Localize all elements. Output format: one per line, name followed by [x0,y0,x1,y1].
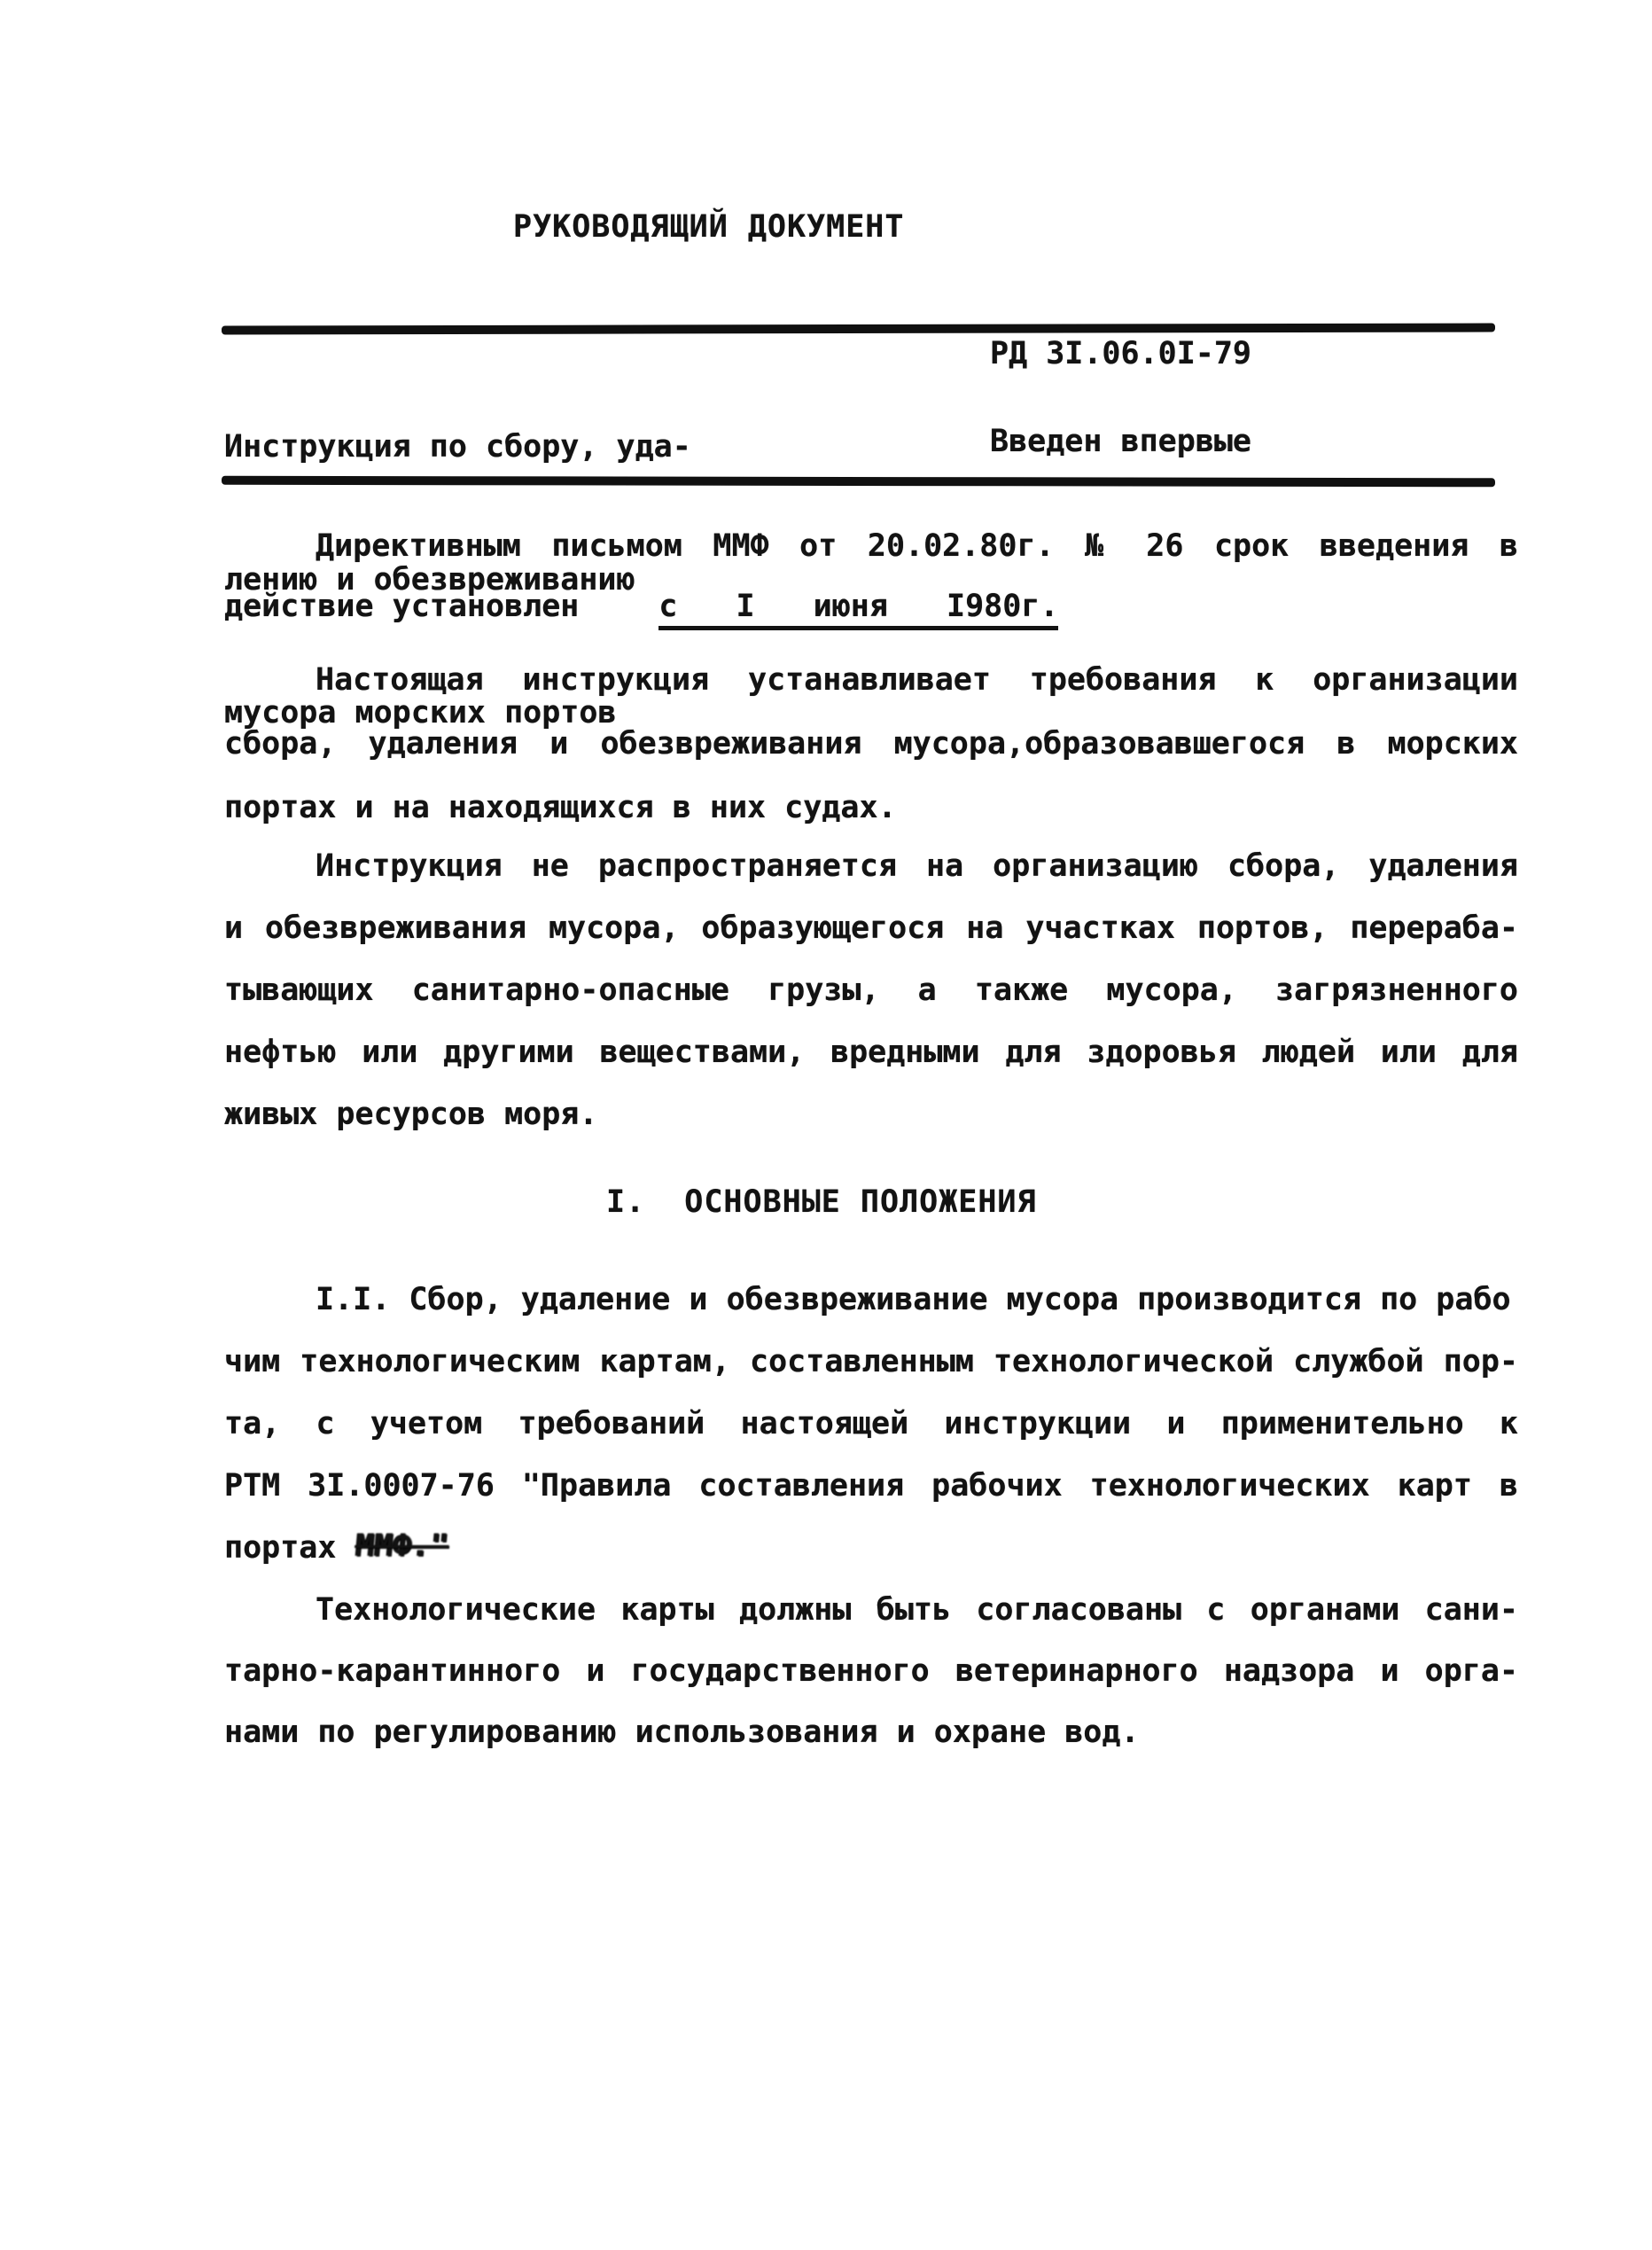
directive-paragraph: Директивным письмом ММФ от 20.02.80г. № … [224,516,1518,637]
text-line: нами по регулированию использования и ох… [224,1702,1518,1763]
text-line: Настоящая инструкция устанавливает требо… [224,648,1518,712]
text-line: живых ресурсов моря. [224,1083,1518,1145]
header-subject-line: Инструкция по сбору, уда- [224,425,691,469]
overtyped-correction: ММФ." [353,1515,451,1577]
text-line: РТМ 3I.0007-76 "Правила составления рабо… [224,1455,1518,1517]
approval-paragraph: Технологические карты должны быть соглас… [224,1580,1518,1763]
text-line: Инструкция не распространяется на органи… [224,835,1518,897]
text-line: портах и на находящихся в них судах. [224,776,1518,840]
clause-tail-prefix: портах [224,1530,355,1566]
scanned-document-page: РУКОВОДЯЩИЙ ДОКУМЕНТ Инструкция по сбору… [0,0,1652,2250]
text-line: и обезвреживания мусора, образующегося н… [224,897,1518,959]
header-rule-top [222,323,1495,334]
text-line: портах ММФ." [224,1517,1518,1579]
text-line: действие установленс I июня I980г. [224,576,1518,637]
text-line: та, с учетом требований настоящей инстру… [224,1393,1518,1455]
exclusion-paragraph: Инструкция не распространяется на органи… [224,835,1518,1145]
section-heading: I. ОСНОВНЫЕ ПОЛОЖЕНИЯ [606,1172,1037,1233]
text-line: Директивным письмом ММФ от 20.02.80г. № … [224,516,1518,576]
text-line: I.I. Сбор, удаление и обезвреживание мус… [224,1269,1518,1331]
introduction-status: Введен впервые [990,424,1251,459]
clause-1-1-paragraph: I.I. Сбор, удаление и обезвреживание мус… [224,1269,1518,1579]
document-number: РД 3I.06.0I-79 [990,336,1251,371]
page-title: РУКОВОДЯЩИЙ ДОКУМЕНТ [513,209,904,245]
text-line: сбора, удаления и обезвреживания мусора,… [224,712,1518,776]
effective-date-underlined: с I июня I980г. [658,589,1058,630]
text-line: тарно-карантинного и государственного ве… [224,1641,1518,1702]
text-line: Технологические карты должны быть соглас… [224,1580,1518,1641]
text-line: тывающих санитарно-опасные грузы, а такж… [224,959,1518,1021]
text-line: чим технологическим картам, составленным… [224,1331,1518,1393]
directive-prefix: действие установлен [224,589,579,624]
text-line: нефтью или другими веществами, вредными … [224,1021,1518,1083]
scope-paragraph: Настоящая инструкция устанавливает требо… [224,648,1518,840]
